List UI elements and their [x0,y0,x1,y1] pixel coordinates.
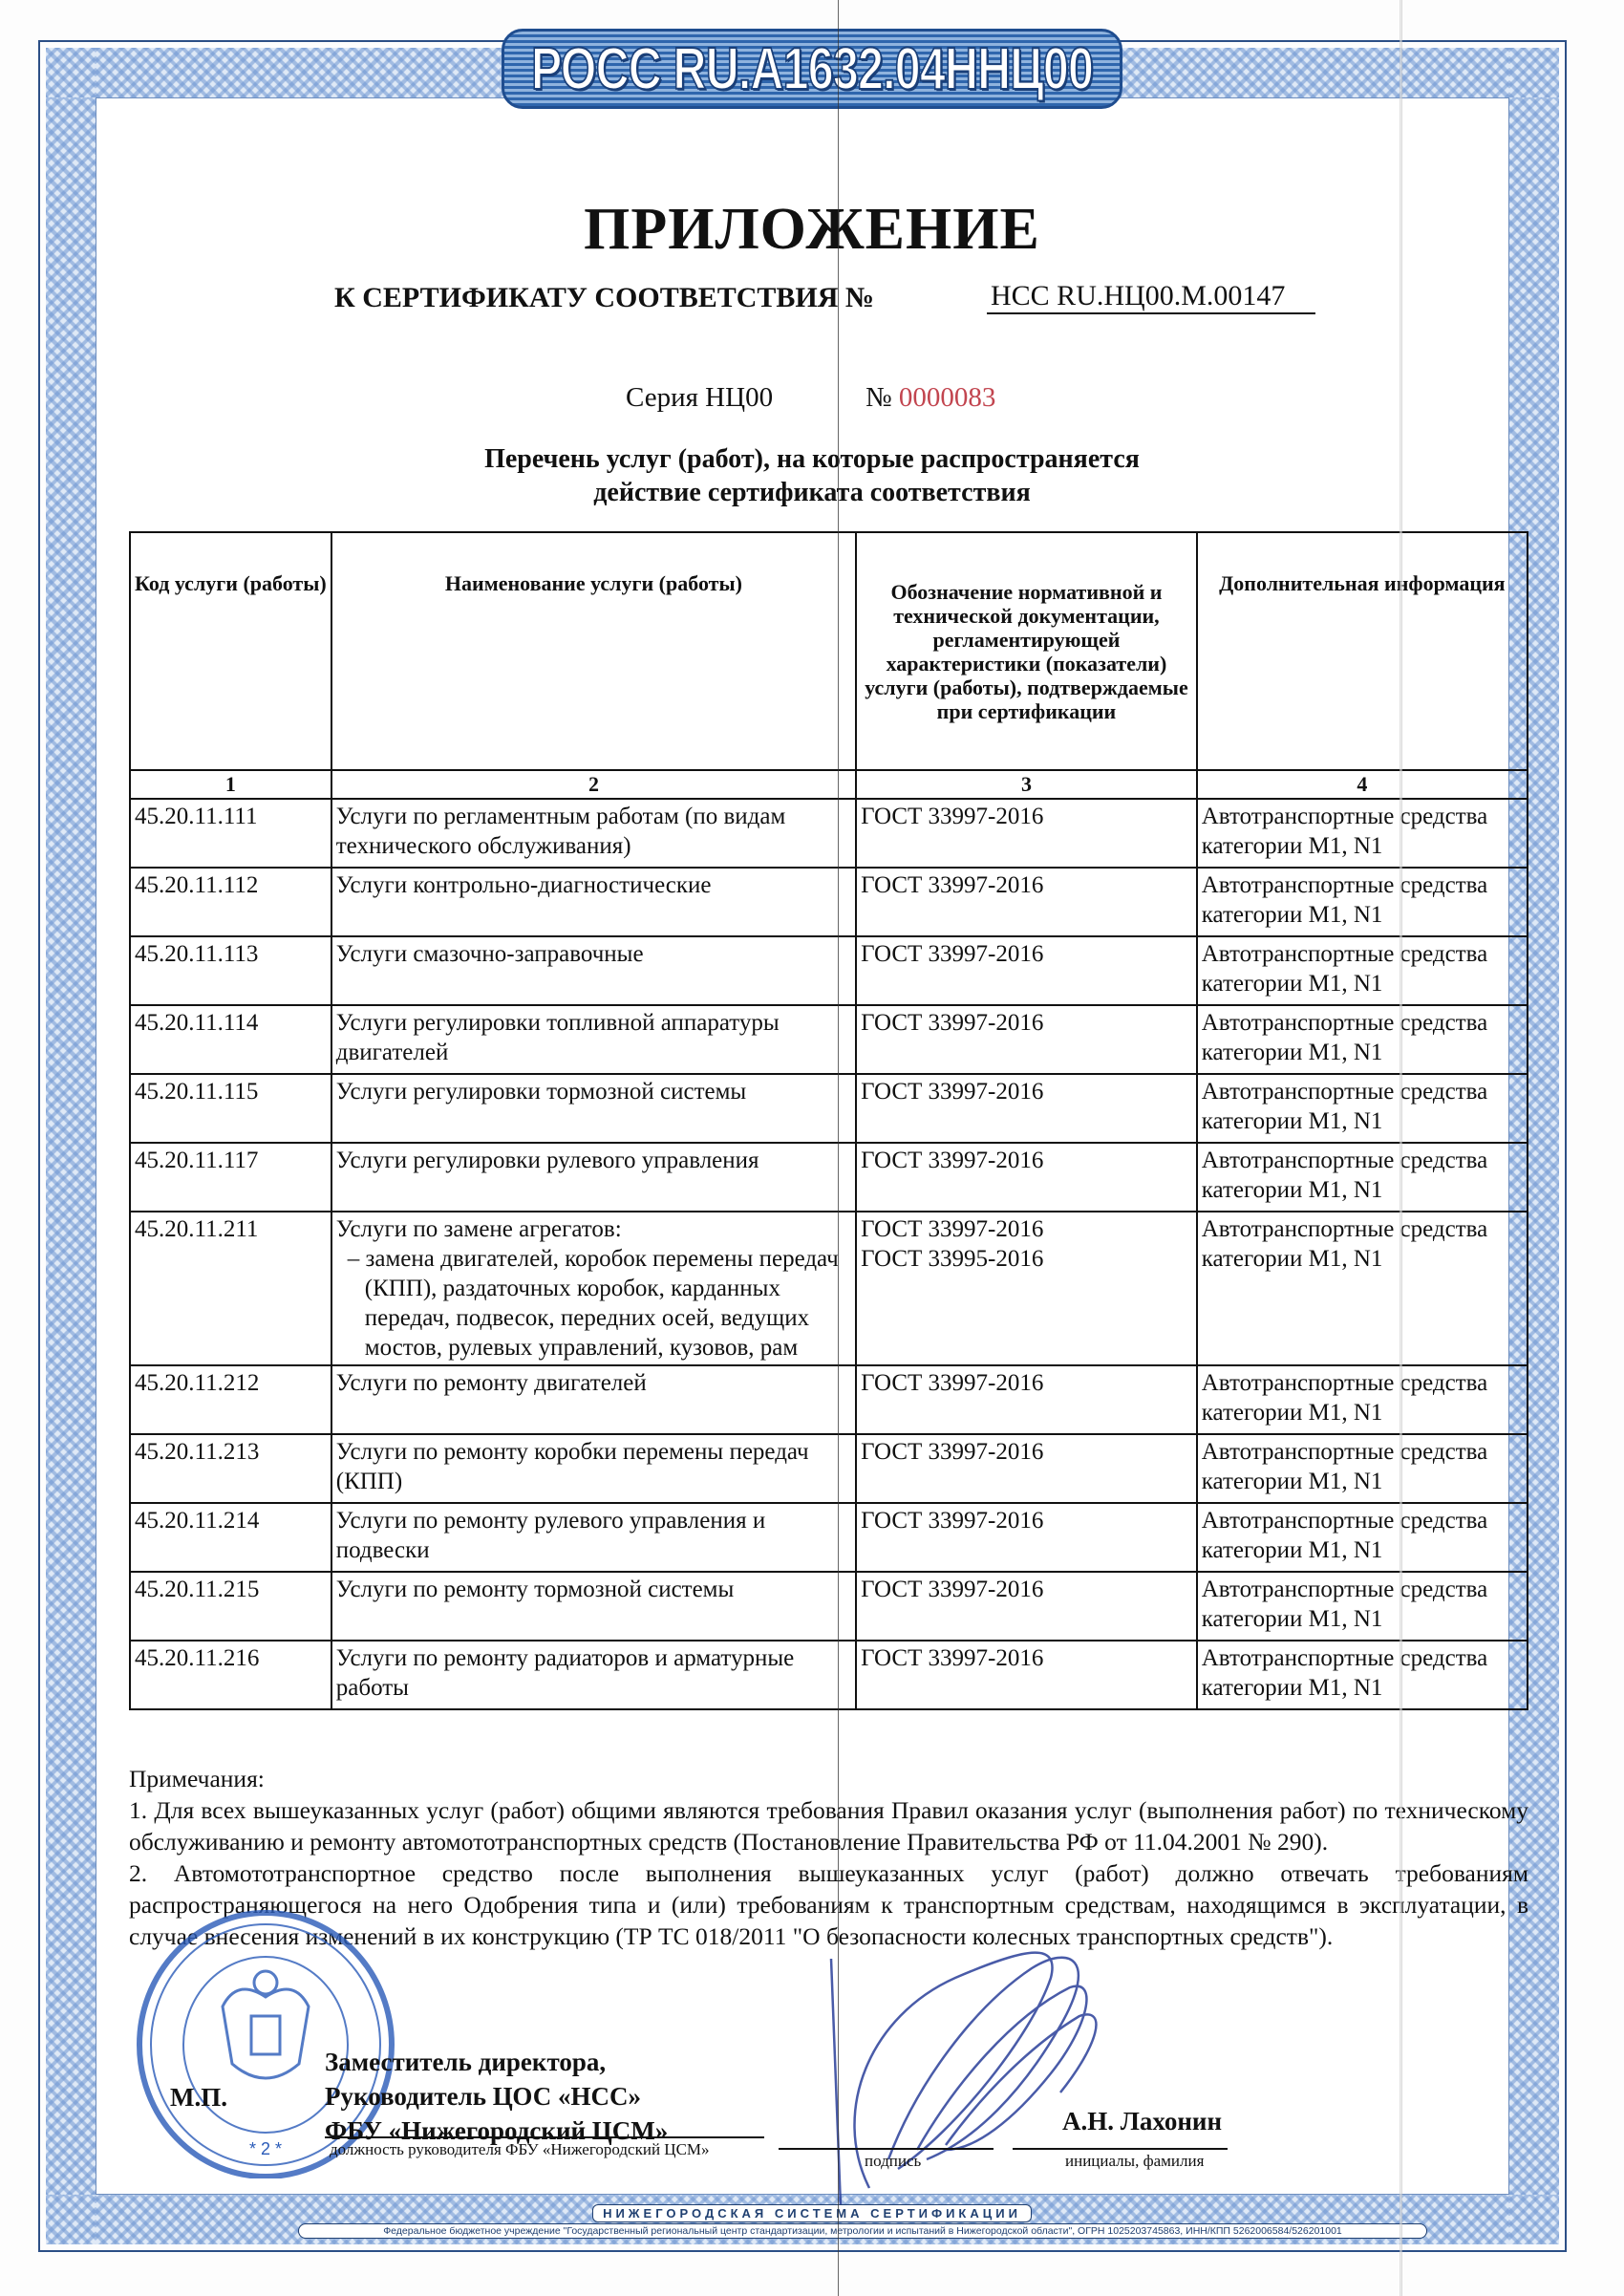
service-info: Автотранспортные средства категории М1, … [1197,1434,1528,1503]
service-documents-2: ГОСТ 33995-2016 [861,1244,1192,1274]
service-name: Услуги по ремонту рулевого управления и … [331,1503,856,1572]
service-code: 45.20.11.113 [130,936,331,1005]
service-info: Автотранспортные средства категории М1, … [1197,1212,1528,1365]
table-row: 45.20.11.214 Услуги по ремонту рулевого … [130,1503,1528,1572]
service-documents: ГОСТ 33997-2016 [861,1214,1192,1244]
column-number: 3 [856,770,1197,799]
scan-fold-line [1400,0,1402,2296]
service-code: 45.20.11.216 [130,1641,331,1709]
service-documents-cell: ГОСТ 33997-2016 ГОСТ 33995-2016 [856,1212,1197,1365]
table-row: 45.20.11.111 Услуги по регламентным рабо… [130,799,1528,868]
page-title: ПРИЛОЖЕНИЕ [0,196,1624,264]
service-code: 45.20.11.112 [130,868,331,936]
table-row: 45.20.11.117 Услуги регулировки рулевого… [130,1143,1528,1212]
signatory-position: Заместитель директора, Руководитель ЦОС … [325,2045,668,2148]
registration-banner: РОСС RU.А1632.04ННЦ00 [502,29,1122,109]
service-name: Услуги по ремонту двигателей [331,1365,856,1434]
service-name-cell: Услуги по замене агрегатов: – замена дви… [331,1212,856,1365]
position-caption: должность руководителя ФБУ «Нижегородски… [330,2140,710,2159]
column-header-info: Дополнительная информация [1197,532,1528,770]
service-code: 45.20.11.211 [130,1212,331,1365]
table-row: 45.20.11.115 Услуги регулировки тормозно… [130,1074,1528,1143]
svg-text:* 2 *: * 2 * [249,2139,282,2158]
column-header-name: Наименование услуги (работы) [331,532,856,770]
registration-banner-text: РОСС RU.А1632.04ННЦ00 [531,35,1093,103]
table-row: 45.20.11.113 Услуги смазочно-заправочные… [130,936,1528,1005]
name-caption: инициалы, фамилия [1065,2152,1204,2171]
service-code: 45.20.11.117 [130,1143,331,1212]
notes-heading: Примечания: [129,1763,1528,1794]
column-header-documents: Обозначение нормативной и технической до… [856,532,1197,770]
note-item: 1. Для всех вышеуказанных услуг (работ) … [129,1794,1528,1857]
service-documents: ГОСТ 33997-2016 [856,1641,1197,1709]
service-documents: ГОСТ 33997-2016 [856,936,1197,1005]
form-number: № 0000083 [865,382,995,414]
service-name: Услуги контрольно-диагностические [331,868,856,936]
name-underline [1013,2148,1228,2150]
form-number-value: 0000083 [899,382,996,413]
service-documents: ГОСТ 33997-2016 [856,1365,1197,1434]
service-name: Услуги смазочно-заправочные [331,936,856,1005]
service-info: Автотранспортные средства категории М1, … [1197,1074,1528,1143]
table-row: 45.20.11.112 Услуги контрольно-диагности… [130,868,1528,936]
service-documents: ГОСТ 33997-2016 [856,1143,1197,1212]
service-name: Услуги регулировки топливной аппаратуры … [331,1005,856,1074]
service-info: Автотранспортные средства категории М1, … [1197,1572,1528,1641]
service-documents: ГОСТ 33997-2016 [856,1434,1197,1503]
services-table: Код услуги (работы) Наименование услуги … [129,531,1528,1710]
signature-underline [779,2148,994,2150]
service-code: 45.20.11.114 [130,1005,331,1074]
service-name: Услуги по ремонту тормозной системы [331,1572,856,1641]
list-title-line-1: Перечень услуг (работ), на которые распр… [0,442,1624,476]
certificate-subtitle: К СЕРТИФИКАТУ СООТВЕТСТВИЯ № [334,282,874,314]
service-info: Автотранспортные средства категории М1, … [1197,1641,1528,1709]
service-info: Автотранспортные средства категории М1, … [1197,936,1528,1005]
service-info: Автотранспортные средства категории М1, … [1197,1005,1528,1074]
service-name: Услуги по ремонту коробки перемены перед… [331,1434,856,1503]
table-row: 45.20.11.216 Услуги по ремонту радиаторо… [130,1641,1528,1709]
service-code: 45.20.11.213 [130,1434,331,1503]
column-number: 1 [130,770,331,799]
table-row: 45.20.11.212 Услуги по ремонту двигателе… [130,1365,1528,1434]
service-documents: ГОСТ 33997-2016 [856,868,1197,936]
list-title: Перечень услуг (работ), на которые распр… [0,442,1624,509]
service-name: Услуги по замене агрегатов: [336,1216,622,1242]
service-code: 45.20.11.214 [130,1503,331,1572]
service-code: 45.20.11.111 [130,799,331,868]
column-number: 2 [331,770,856,799]
service-info: Автотранспортные средства категории М1, … [1197,1365,1528,1434]
series-label: Серия НЦ00 [626,382,773,414]
scan-fold-line [838,0,839,2296]
certificate-appendix-page: РОСС RU.А1632.04ННЦ00 ПРИЛОЖЕНИЕ К СЕРТИ… [0,0,1624,2296]
list-title-line-2: действие сертификата соответствия [0,476,1624,509]
footer-organization: Федеральное бюджетное учреждение "Госуда… [298,2223,1427,2239]
service-documents: ГОСТ 33997-2016 [856,799,1197,868]
service-name: Услуги по ремонту радиаторов и арматурны… [331,1641,856,1709]
signature-caption: подпись [865,2152,921,2171]
service-name: Услуги регулировки тормозной системы [331,1074,856,1143]
signatory-name: А.Н. Лахонин [1062,2107,1222,2136]
service-documents: ГОСТ 33997-2016 [856,1005,1197,1074]
form-number-prefix: № [865,382,892,413]
stamp-place-label: М.П. [170,2083,227,2113]
table-header-row: Код услуги (работы) Наименование услуги … [130,532,1528,770]
column-header-code: Код услуги (работы) [130,532,331,770]
service-documents: ГОСТ 33997-2016 [856,1074,1197,1143]
table-row: 45.20.11.213 Услуги по ремонту коробки п… [130,1434,1528,1503]
column-numbers-row: 1 2 3 4 [130,770,1528,799]
service-info: Автотранспортные средства категории М1, … [1197,799,1528,868]
position-line-1: Заместитель директора, [325,2045,668,2079]
service-info: Автотранспортные средства категории М1, … [1197,1143,1528,1212]
column-number: 4 [1197,770,1528,799]
position-underline [325,2136,764,2138]
service-info: Автотранспортные средства категории М1, … [1197,868,1528,936]
service-documents: ГОСТ 33997-2016 [856,1572,1197,1641]
footer-system-title: НИЖЕГОРОДСКАЯ СИСТЕМА СЕРТИФИКАЦИИ [0,2206,1624,2221]
footer-system-text: НИЖЕГОРОДСКАЯ СИСТЕМА СЕРТИФИКАЦИИ [592,2204,1032,2222]
service-name: Услуги по регламентным работам (по видам… [331,799,856,868]
certificate-number: НСС RU.НЦ00.М.00147 [987,280,1315,314]
service-code: 45.20.11.215 [130,1572,331,1641]
service-name: Услуги регулировки рулевого управления [331,1143,856,1212]
position-line-2: Руководитель ЦОС «НСС» [325,2079,668,2114]
service-code: 45.20.11.115 [130,1074,331,1143]
table-row: 45.20.11.114 Услуги регулировки топливно… [130,1005,1528,1074]
table-row: 45.20.11.211 Услуги по замене агрегатов:… [130,1212,1528,1365]
service-subitem: – замена двигателей, коробок перемены пе… [336,1244,851,1363]
service-code: 45.20.11.212 [130,1365,331,1434]
service-info: Автотранспортные средства категории М1, … [1197,1503,1528,1572]
service-documents: ГОСТ 33997-2016 [856,1503,1197,1572]
table-row: 45.20.11.215 Услуги по ремонту тормозной… [130,1572,1528,1641]
